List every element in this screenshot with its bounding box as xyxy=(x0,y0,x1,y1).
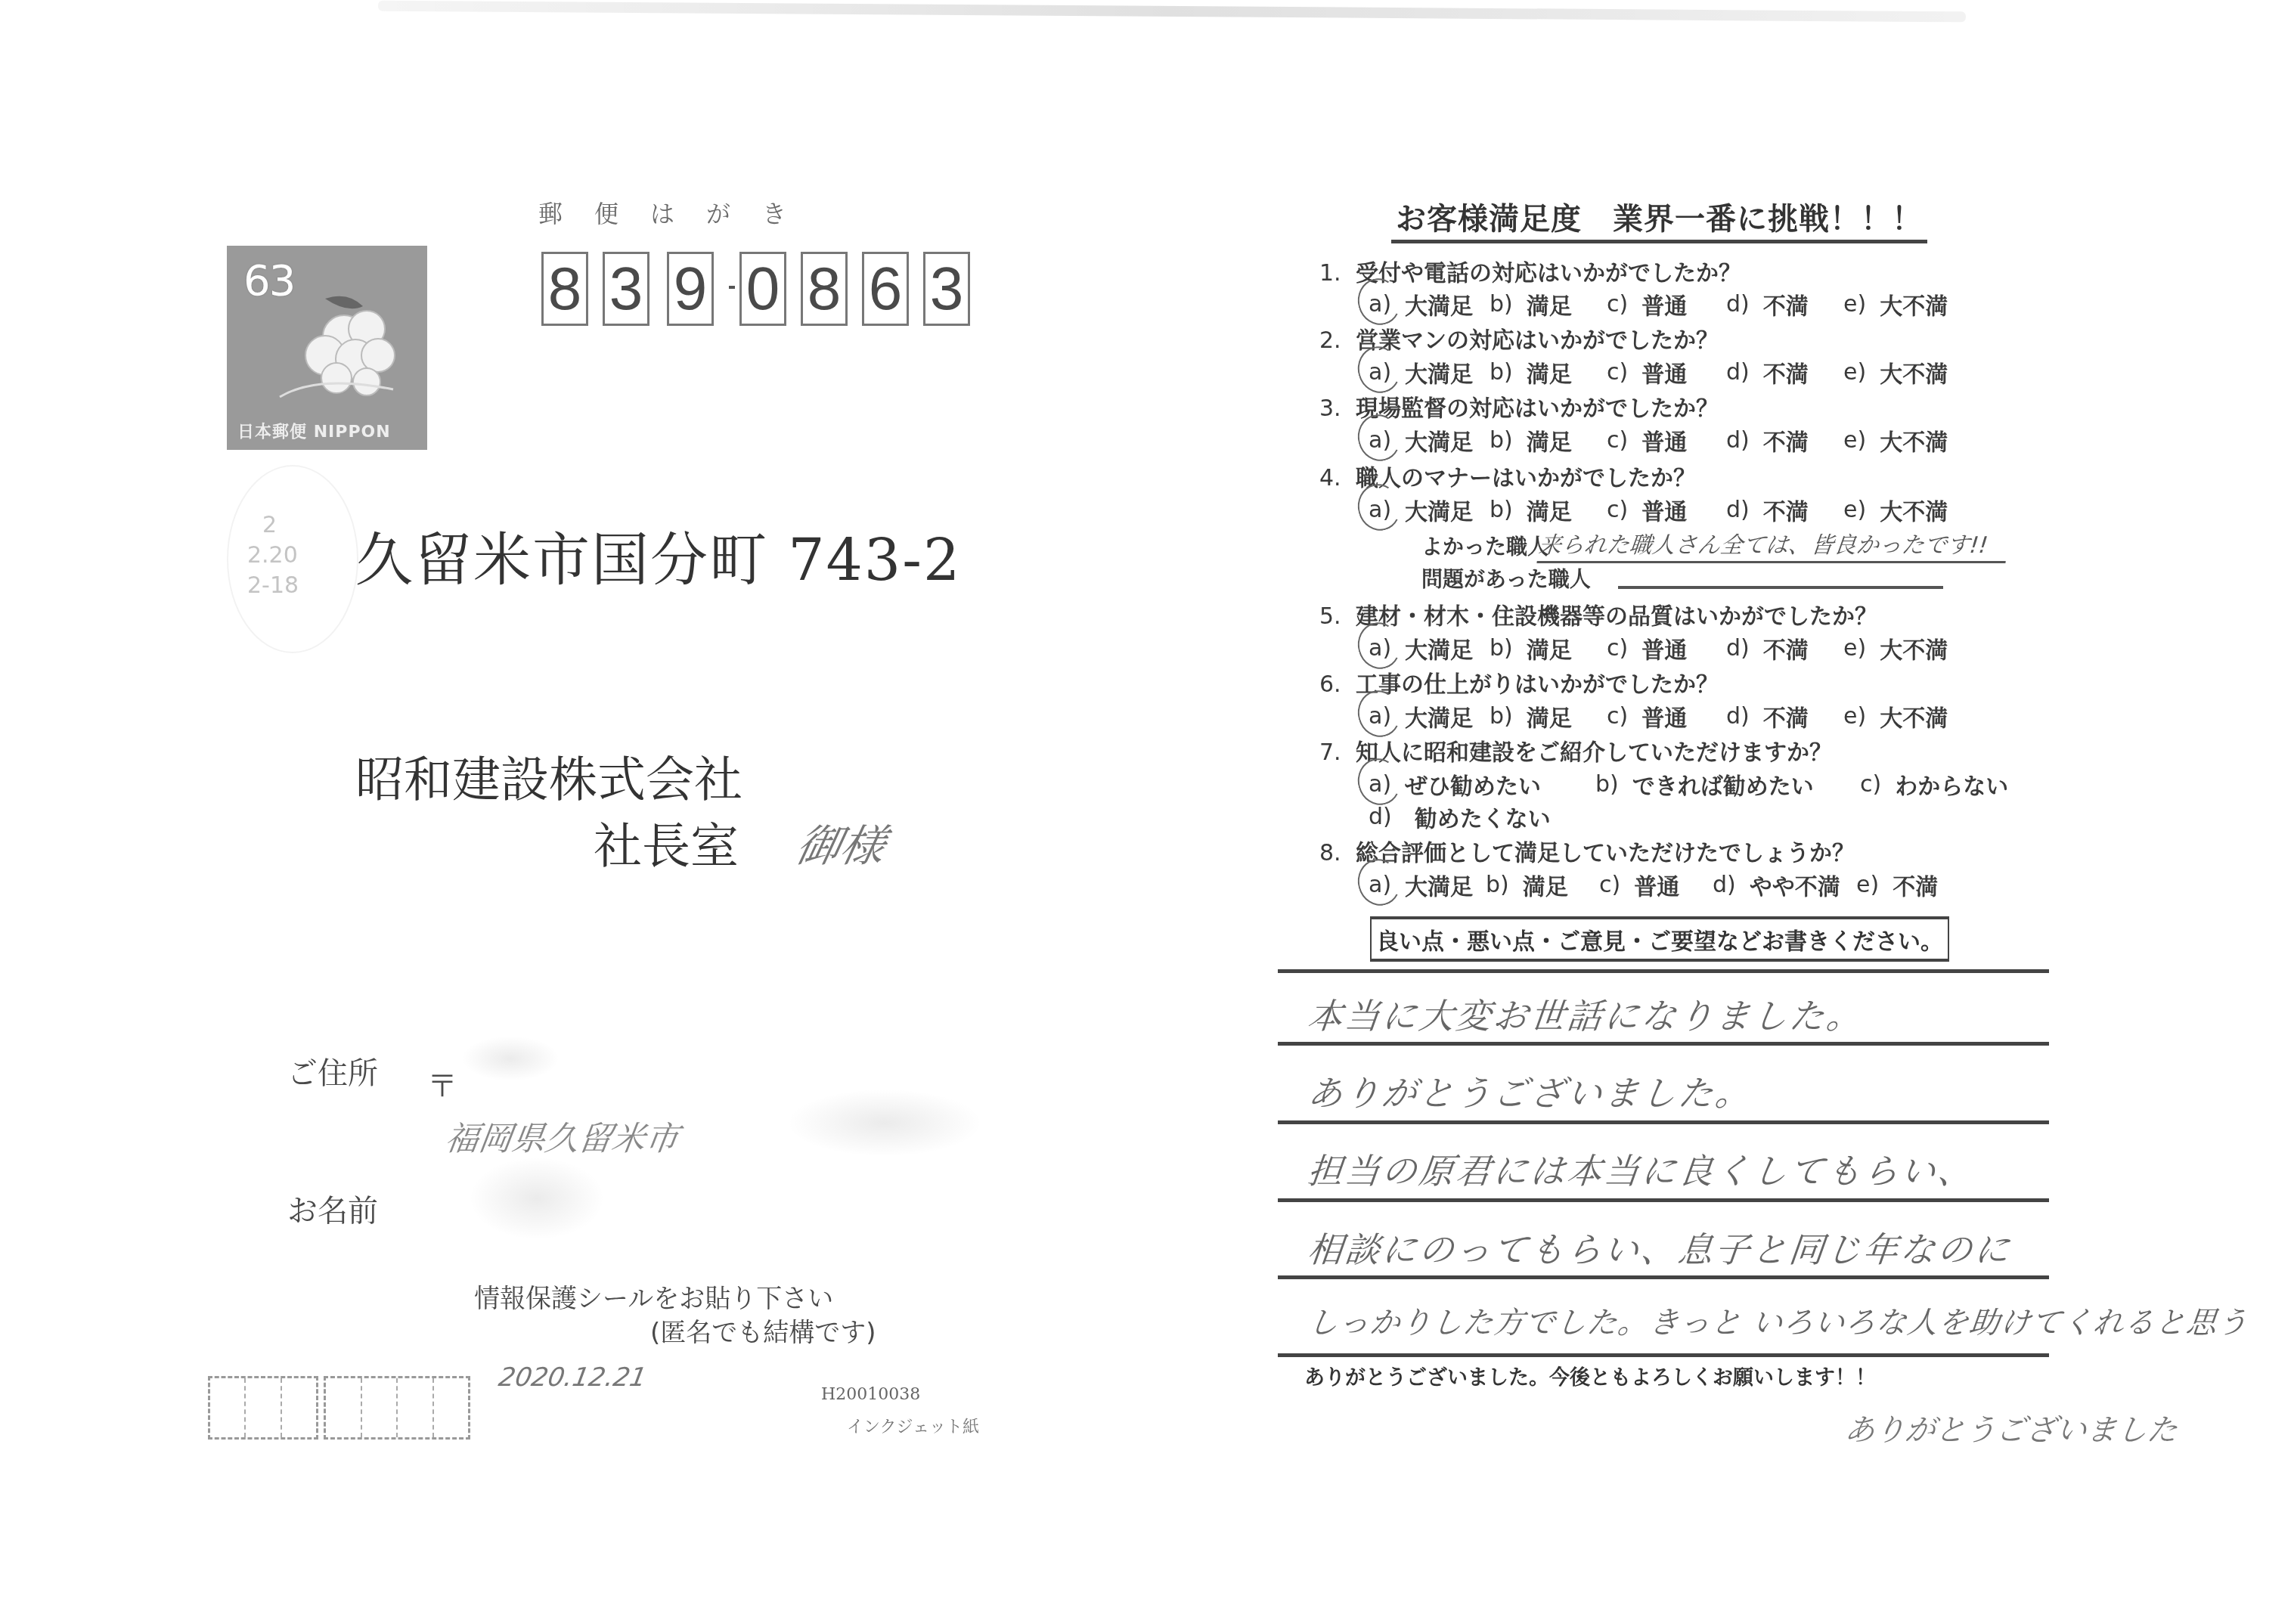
closing-printed: ありがとうございました。今後ともよろしくお願いします！！ xyxy=(1304,1361,1876,1390)
sender-address-handwritten: 福岡県久留米市 xyxy=(443,1111,683,1160)
option-d[interactable]: d)不満 xyxy=(1726,493,1843,526)
option-c[interactable]: c)普通 xyxy=(1599,868,1713,901)
comment-line[interactable]: しっかりした方でした。きっと いろいろな人を助けてくれると思う xyxy=(1306,1299,2251,1342)
comment-rule xyxy=(1278,1275,2049,1279)
paper-type: インクジェット紙 xyxy=(847,1414,979,1437)
option-a-selected[interactable]: a)ぜひ勧めたい xyxy=(1369,767,1595,801)
product-code: H20010038 xyxy=(821,1385,920,1404)
option-d[interactable]: d)不満 xyxy=(1726,287,1843,321)
comment-rule xyxy=(1278,1120,2049,1124)
flower-icon xyxy=(272,284,408,404)
comment-heading: 良い点・悪い点・ご意見・ご要望などお書きください。 xyxy=(1370,916,1949,962)
comment-line[interactable]: ありがとうございました。 xyxy=(1306,1066,1756,1116)
option-b[interactable]: b)満足 xyxy=(1486,868,1599,901)
zip-digit: 0 xyxy=(739,252,786,326)
redacted-area xyxy=(461,1036,560,1081)
question-5-options: a)大満足 b)満足 c)普通 d)不満 e)大不満 xyxy=(1369,631,1948,665)
option-d[interactable]: d)不満 xyxy=(1726,631,1843,665)
question-8-options: a)大満足 b)満足 c)普通 d)やや不満 e)不満 xyxy=(1369,868,1938,901)
option-c[interactable]: c)普通 xyxy=(1607,355,1726,389)
option-c[interactable]: c)普通 xyxy=(1607,631,1726,665)
question-4-options: a)大満足 b)満足 c)普通 d)不満 e)大不満 xyxy=(1369,493,1948,526)
option-a-selected[interactable]: a)大満足 xyxy=(1369,423,1490,457)
sender-zip-box xyxy=(210,1378,246,1437)
redacted-area xyxy=(786,1089,983,1157)
question-8: 8.総合評価として満足していただけたでしょうか？ xyxy=(1319,834,1855,867)
postage-stamp: 63 日本郵便 NIPPON xyxy=(227,246,427,450)
option-b[interactable]: b)満足 xyxy=(1490,355,1607,389)
option-e[interactable]: e)不満 xyxy=(1856,868,1938,901)
option-a-selected[interactable]: a)大満足 xyxy=(1369,631,1490,665)
option-e[interactable]: e)大不満 xyxy=(1843,355,1948,389)
sender-zip-box xyxy=(362,1378,398,1437)
stamp-brand: 日本郵便 NIPPON xyxy=(237,419,391,442)
comment-rule xyxy=(1278,1198,2049,1202)
recipient-company: 昭和建設株式会社 xyxy=(355,741,742,810)
closing-handwritten: ありがとうございました xyxy=(1843,1406,2180,1449)
option-b[interactable]: b)満足 xyxy=(1490,631,1607,665)
sender-zip-box xyxy=(326,1378,362,1437)
question-6-options: a)大満足 b)満足 c)普通 d)不満 e)大不満 xyxy=(1369,699,1948,733)
sender-zip-box xyxy=(246,1378,281,1437)
option-b[interactable]: b)満足 xyxy=(1490,423,1607,457)
sender-zip-box xyxy=(434,1378,469,1437)
privacy-note-sub: (匿名でも結構です) xyxy=(650,1312,876,1349)
good-craftsman-label: よかった職人 xyxy=(1421,531,1548,561)
option-b[interactable]: b)満足 xyxy=(1490,699,1607,733)
zip-digit: 8 xyxy=(541,252,588,326)
question-3-options: a)大満足 b)満足 c)普通 d)不満 e)大不満 xyxy=(1369,423,1948,457)
sender-address-label: ご住所 xyxy=(287,1049,378,1092)
handwritten-date: 2020.12.21 xyxy=(496,1362,649,1393)
option-a-selected[interactable]: a)大満足 xyxy=(1369,493,1490,526)
option-a-selected[interactable]: a)大満足 xyxy=(1369,699,1490,733)
sender-zip-boxes-group-2 xyxy=(324,1376,470,1440)
question-7-options: a)ぜひ勧めたい b)できれば勧めたい c)わからない xyxy=(1369,767,2008,801)
zip-dash xyxy=(729,286,735,289)
comment-line[interactable]: 相談にのってもらい、息子と同じ年なのに xyxy=(1306,1223,2014,1272)
question-7: 7.知人に昭和建設をご紹介していただけますか？ xyxy=(1319,733,1832,767)
recipient-department: 社長室 xyxy=(594,807,739,877)
option-e[interactable]: e)大不満 xyxy=(1843,287,1948,321)
comment-rule xyxy=(1278,1353,2049,1357)
sender-zip-box xyxy=(398,1378,434,1437)
comment-line[interactable]: 本当に大変お世話になりました。 xyxy=(1306,989,1867,1039)
option-e[interactable]: e)大不満 xyxy=(1843,423,1948,457)
question-1-options: a)大満足 b)満足 c)普通 d)不満 e)大不満 xyxy=(1369,287,1948,321)
option-b[interactable]: b)できれば勧めたい xyxy=(1595,767,1860,801)
option-c[interactable]: c)普通 xyxy=(1607,699,1726,733)
postmark: 2 2.20 2-18 xyxy=(227,465,358,653)
problem-craftsman-field[interactable] xyxy=(1618,586,1943,589)
survey-title: お客様満足度 業界一番に挑戦！！！ xyxy=(1391,195,1927,243)
zip-digit: 9 xyxy=(667,252,714,326)
option-c[interactable]: c)普通 xyxy=(1607,493,1726,526)
sender-name-label: お名前 xyxy=(287,1187,378,1230)
option-e[interactable]: e)大不満 xyxy=(1843,631,1948,665)
option-a-selected[interactable]: a)大満足 xyxy=(1369,355,1490,389)
option-c[interactable]: c)普通 xyxy=(1607,287,1726,321)
option-d[interactable]: d)不満 xyxy=(1726,699,1843,733)
redacted-area xyxy=(469,1157,605,1240)
option-d[interactable]: d)不満 xyxy=(1726,355,1843,389)
privacy-note: 情報保護シールをお貼り下さい xyxy=(474,1278,833,1315)
good-craftsman-field[interactable]: 来られた職人さん全ては、皆良かったです!! xyxy=(1536,526,2009,563)
option-e[interactable]: e)大不満 xyxy=(1843,493,1948,526)
option-b[interactable]: b)満足 xyxy=(1490,493,1607,526)
zip-digit: 3 xyxy=(603,252,649,326)
comment-rule xyxy=(1278,969,2049,973)
option-c[interactable]: c)わからない xyxy=(1860,767,2008,801)
comment-rule xyxy=(1278,1042,2049,1046)
option-a-selected[interactable]: a)大満足 xyxy=(1369,868,1486,901)
question-5: 5.建材・材木・住設機器等の品質はいかがでしたか？ xyxy=(1319,597,1877,631)
postcard-label: 郵便はがき xyxy=(538,195,818,230)
option-c[interactable]: c)普通 xyxy=(1607,423,1726,457)
zip-digit: 3 xyxy=(923,252,970,326)
sender-zip-boxes-group-1 xyxy=(208,1376,318,1440)
option-a-selected[interactable]: a)大満足 xyxy=(1369,287,1490,321)
option-d[interactable]: d)不満 xyxy=(1726,423,1843,457)
question-2-options: a)大満足 b)満足 c)普通 d)不満 e)大不満 xyxy=(1369,355,1948,389)
sender-zip-box xyxy=(282,1378,316,1437)
problem-craftsman-label: 問題があった職人 xyxy=(1421,563,1591,594)
zip-digit: 6 xyxy=(862,252,909,326)
comment-line[interactable]: 担当の原君には本当に良くしてもらい、 xyxy=(1306,1144,1978,1194)
option-d[interactable]: d)やや不満 xyxy=(1713,868,1856,901)
scan-edge-shadow xyxy=(378,1,1966,23)
postal-mark-icon: 〒 xyxy=(427,1062,457,1105)
option-b[interactable]: b)満足 xyxy=(1490,287,1607,321)
zip-digit: 8 xyxy=(801,252,848,326)
handwritten-honorific: 御様 xyxy=(791,810,892,874)
option-e[interactable]: e)大不満 xyxy=(1843,699,1948,733)
recipient-address: 久留米市国分町 743-2 xyxy=(355,514,961,597)
question-7-options-row2: d)勧めたくない xyxy=(1369,800,1551,833)
option-d[interactable]: d)勧めたくない xyxy=(1369,800,1551,833)
